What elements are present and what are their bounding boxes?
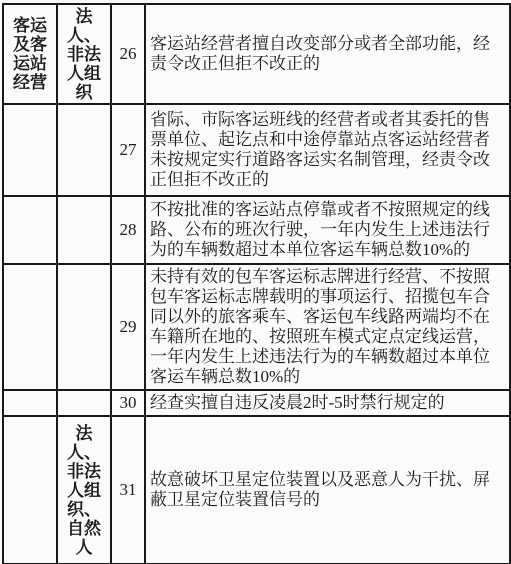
document-page: 客运及客运站经营法人、非法人组织26客运站经营者擅自改变部分或者全部功能，经责令… (0, 0, 511, 564)
violation-cell: 不按批准的客运站点停靠或者不按照规定的线路、公布的班次行驶，一年内发生上述违法行… (145, 196, 510, 264)
table-row: 28不按批准的客运站点停靠或者不按照规定的线路、公布的班次行驶，一年内发生上述违… (3, 196, 510, 264)
number-cell: 27 (111, 104, 145, 196)
subject-cell: 法人、非法人组织、自然人 (57, 416, 111, 564)
category-cell (3, 104, 57, 196)
category-cell (3, 416, 57, 564)
table-row: 27省际、市际客运班线的经营者或者其委托的售票单位、起讫点和中途停靠站点客运站经… (3, 104, 510, 196)
subject-cell: 法人、非法人组织 (57, 4, 111, 104)
violation-table: 客运及客运站经营法人、非法人组织26客运站经营者擅自改变部分或者全部功能，经责令… (2, 3, 511, 564)
number-cell: 29 (111, 264, 145, 390)
subject-cell (57, 264, 111, 390)
number-cell: 30 (111, 390, 145, 416)
table-row: 29未持有效的包车客运标志牌进行经营、不按照包车客运标志牌载明的事项运行、招揽包… (3, 264, 510, 390)
violation-cell: 省际、市际客运班线的经营者或者其委托的售票单位、起讫点和中途停靠站点客运站经营者… (145, 104, 510, 196)
category-cell (3, 390, 57, 416)
violation-cell: 客运站经营者擅自改变部分或者全部功能，经责令改正但拒不改正的 (145, 4, 510, 104)
subject-cell (57, 390, 111, 416)
category-cell (3, 196, 57, 264)
category-cell: 客运及客运站经营 (3, 4, 57, 104)
number-cell: 31 (111, 416, 145, 564)
table-row: 客运及客运站经营法人、非法人组织26客运站经营者擅自改变部分或者全部功能，经责令… (3, 4, 510, 104)
table-row: 法人、非法人组织、自然人31故意破坏卫星定位装置以及恶意人为干扰、屏蔽卫星定位装… (3, 416, 510, 564)
subject-cell (57, 196, 111, 264)
violation-cell: 未持有效的包车客运标志牌进行经营、不按照包车客运标志牌载明的事项运行、招揽包车合… (145, 264, 510, 390)
category-cell (3, 264, 57, 390)
violation-cell: 故意破坏卫星定位装置以及恶意人为干扰、屏蔽卫星定位装置信号的 (145, 416, 510, 564)
number-cell: 26 (111, 4, 145, 104)
number-cell: 28 (111, 196, 145, 264)
violation-cell: 经查实擅自违反凌晨2时-5时禁行规定的 (145, 390, 510, 416)
subject-cell (57, 104, 111, 196)
violation-table-body: 客运及客运站经营法人、非法人组织26客运站经营者擅自改变部分或者全部功能，经责令… (3, 4, 510, 564)
table-row: 30经查实擅自违反凌晨2时-5时禁行规定的 (3, 390, 510, 416)
